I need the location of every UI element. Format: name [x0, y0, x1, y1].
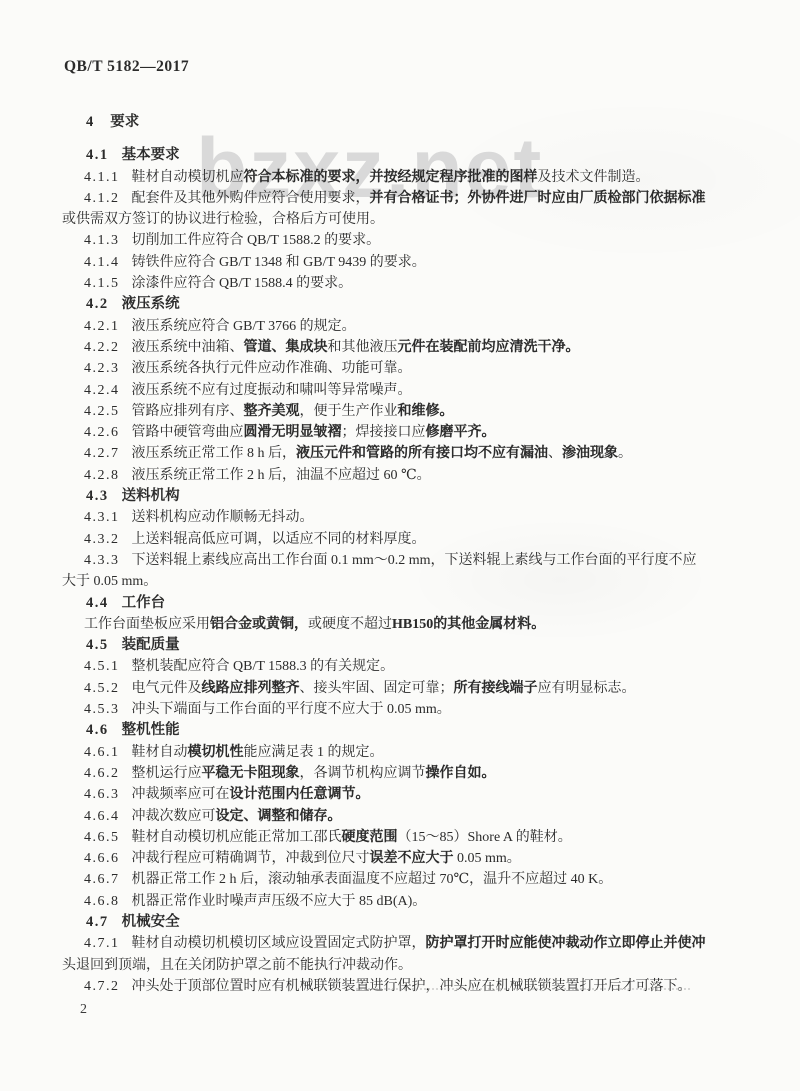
- heading-number: 4.3: [86, 488, 109, 504]
- clause-number: 4.2.1: [84, 319, 120, 334]
- clause-text: 涂漆件应符合 QB/T 1588.4 的要求。: [132, 276, 353, 291]
- clause-text: （15～85）Shore A 的鞋材。: [398, 830, 572, 845]
- clause-4.6.4: 4.6.4冲裁次数应可设定、调整和储存。: [62, 806, 744, 827]
- clause-4.2.3: 4.2.3液压系统各执行元件应动作准确、功能可靠。: [62, 358, 744, 379]
- clause-text: 头退回到顶端，且在关闭防护罩之前不能执行冲裁动作。: [62, 958, 412, 973]
- clause-text: 下送料辊上素线应高出工作台面 0.1 mm～0.2 mm，下送料辊上素线与工作台…: [132, 553, 697, 568]
- heading-title: 基本要求: [122, 147, 180, 163]
- clause-4.3.1: 4.3.1送料机构应动作顺畅无抖动。: [62, 507, 744, 528]
- clause-number: 4.6.6: [84, 851, 120, 866]
- heading-4.3: 4.3送料机构: [62, 486, 744, 507]
- clause-text: 和维修。: [398, 404, 454, 419]
- clause-4.5.2: 4.5.2电气元件及线路应排列整齐、接头牢固、固定可靠；所有接线端子应有明显标志…: [62, 678, 744, 699]
- clause-text: 鞋材自动模切机应能正常加工邵氏: [132, 830, 342, 845]
- clause-text: 液压元件和管路的所有接口均不应有: [296, 446, 520, 461]
- clause-text: 硬度范围: [342, 830, 398, 845]
- clause-text: 漏油: [520, 446, 548, 461]
- clause-number: 4.6.5: [84, 830, 120, 845]
- clause-4.7.1: 4.7.1鞋材自动模切机模切区域应设置固定式防护罩，防护罩打开时应能使冲裁动作立…: [62, 933, 744, 976]
- heading-title: 装配质量: [122, 637, 180, 653]
- clause-number: 4.1.1: [84, 170, 120, 185]
- clause-text: 液压系统各执行元件应动作准确、功能可靠。: [132, 361, 412, 376]
- clause-text: 和其他液压: [328, 340, 398, 355]
- clause-text: 铝合金或黄铜，: [210, 617, 308, 632]
- clause-text: 鞋材自动模切机应: [132, 170, 244, 185]
- clause-number: 4.3.3: [84, 553, 120, 568]
- clause-number: 4.6.7: [84, 872, 120, 887]
- clause-number: 4.3.2: [84, 532, 120, 547]
- clause-text: 0.05 mm。: [454, 851, 521, 866]
- clause-4.2.4: 4.2.4液压系统不应有过度振动和啸叫等异常噪声。: [62, 380, 744, 401]
- clause-text: 管路中硬管弯曲应: [132, 425, 244, 440]
- clause-text: 整齐美观: [244, 404, 300, 419]
- clause-text: 铸铁件应符合 GB/T 1348 和 GB/T 9439 的要求。: [132, 255, 426, 270]
- clause-text: 修磨平齐。: [426, 425, 496, 440]
- clause-text: 管路应排列有序、: [132, 404, 244, 419]
- clause-4.6.6: 4.6.6冲裁行程应可精确调节，冲裁到位尺寸误差不应大于 0.05 mm。: [62, 848, 744, 869]
- heading-number: 4.2: [86, 296, 109, 312]
- heading-title: 工作台: [122, 595, 166, 611]
- clause-4.1.1: 4.1.1鞋材自动模切机应符合本标准的要求，并按经规定程序批准的图样及技术文件制…: [62, 167, 744, 188]
- clause-text: 液压系统中油箱、: [132, 340, 244, 355]
- clause-4.1.5: 4.1.5涂漆件应符合 QB/T 1588.4 的要求。: [62, 273, 744, 294]
- heading-number: 4: [86, 114, 94, 130]
- standard-number-header: QB/T 5182—2017: [64, 58, 189, 76]
- clause-number: 4.1.4: [84, 255, 120, 270]
- heading-title: 液压系统: [122, 296, 180, 312]
- clause-text: 防护罩打开时应能使冲裁动作立即停止并使冲: [426, 936, 706, 951]
- clause-text: 管道、集成块: [244, 340, 328, 355]
- clause-4.2.7: 4.2.7液压系统正常工作 8 h 后，液压元件和管路的所有接口均不应有漏油、渗…: [62, 443, 744, 464]
- clause-text: 液压系统正常工作 2 h 后，油温不应超过 60 ℃。: [132, 468, 431, 483]
- clause-text: 冲裁次数应可: [132, 809, 216, 824]
- heading-title: 要求: [110, 114, 139, 130]
- clause-number: 4.6.2: [84, 766, 120, 781]
- clause-4.3.2: 4.3.2上送料辊高低应可调，以适应不同的材料厚度。: [62, 529, 744, 550]
- clause-text: 冲头处于顶部位置时应有机械联锁装置进行保护，冲头应在机械联锁装置打开后才可落下。: [132, 979, 692, 994]
- heading-title: 送料机构: [122, 488, 180, 504]
- clause-text: 误差不应大于: [370, 851, 454, 866]
- heading-number: 4.5: [86, 637, 109, 653]
- clause-4.7.2: 4.7.2冲头处于顶部位置时应有机械联锁装置进行保护，冲头应在机械联锁装置打开后…: [62, 976, 744, 997]
- clause-text: 整机装配应符合 QB/T 1588.3 的有关规定。: [132, 659, 395, 674]
- clause-text: 能应满足表 1 的规定。: [244, 745, 384, 760]
- clause-number: 4.5.3: [84, 702, 120, 717]
- clause-4.5.1: 4.5.1整机装配应符合 QB/T 1588.3 的有关规定。: [62, 656, 744, 677]
- clause-number: 4.1.3: [84, 233, 120, 248]
- clause-text: 大于 0.05 mm。: [62, 574, 157, 589]
- clause-text: 鞋材自动模切机模切区域应设置固定式防护罩，: [132, 936, 426, 951]
- heading-title: 整机性能: [122, 722, 180, 738]
- clause-text: 机器正常工作 2 h 后，滚动轴承表面温度不应超过 70℃，温升不应超过 40 …: [132, 872, 613, 887]
- clause-number: 4.1.5: [84, 276, 120, 291]
- clause-text: 电气元件及: [132, 681, 202, 696]
- clause-text: 平稳无卡阻现象: [202, 766, 300, 781]
- clause-number: 4.5.2: [84, 681, 120, 696]
- heading-4.1: 4.1基本要求: [62, 145, 744, 166]
- clause-text: 、: [548, 446, 562, 461]
- clause-4.1.2: 4.1.2配套件及其他外购件应符合使用要求，并有合格证书；外协件进厂时应由厂质检…: [62, 188, 744, 231]
- clause-text: HB150的其他金属材料。: [392, 617, 545, 632]
- clause-text: 液压系统应符合 GB/T 3766 的规定。: [132, 319, 356, 334]
- heading-title: 机械安全: [122, 914, 180, 930]
- clause-number: 4.2.3: [84, 361, 120, 376]
- clause-number: 4.2.8: [84, 468, 120, 483]
- heading-4.4: 4.4工作台: [62, 593, 744, 614]
- clause-text: 圆滑无明显皱褶: [244, 425, 342, 440]
- clause-number: 4.6.4: [84, 809, 120, 824]
- clause-text: 元件在装配前均应清洗干净。: [398, 340, 580, 355]
- clause-number: 4.3.1: [84, 510, 120, 525]
- clause-4.5.3: 4.5.3冲头下端面与工作台面的平行度不应大于 0.05 mm。: [62, 699, 744, 720]
- clause-4.2.2: 4.2.2液压系统中油箱、管道、集成块和其他液压元件在装配前均应清洗干净。: [62, 337, 744, 358]
- clause-text: ，便于生产作业: [300, 404, 398, 419]
- clause-number: 4.6.1: [84, 745, 120, 760]
- heading-number: 4.4: [86, 595, 109, 611]
- clause-4.6.1: 4.6.1鞋材自动模切机性能应满足表 1 的规定。: [62, 742, 744, 763]
- clause-text: 线路应排列整齐: [202, 681, 300, 696]
- clause-4.2.6: 4.2.6管路中硬管弯曲应圆滑无明显皱褶；焊接接口应修磨平齐。: [62, 422, 744, 443]
- clause-text: 应有明显标志。: [538, 681, 636, 696]
- clause-text: 并有合格证书；外协件进厂时应由厂质检部门依据标准: [370, 191, 706, 206]
- clause-number: 4.6.3: [84, 787, 120, 802]
- clause-text: ；焊接接口应: [342, 425, 426, 440]
- clause-number: 4.5.1: [84, 659, 120, 674]
- clause-text: 液压系统不应有过度振动和啸叫等异常噪声。: [132, 383, 412, 398]
- clause-text: 切削加工件应符合 QB/T 1588.2 的要求。: [132, 233, 381, 248]
- clause-number: 4.7.1: [84, 936, 120, 951]
- clause-text: 模切机性: [188, 745, 244, 760]
- clause-text: 配套件及其他外购件应符合使用要求，: [132, 191, 370, 206]
- scanned-document-page: bzxz.net QB/T 5182—2017 4要求4.1基本要求4.1.1鞋…: [0, 0, 800, 1091]
- clause-text: 设定、调整和储存。: [216, 809, 342, 824]
- heading-4.5: 4.5装配质量: [62, 635, 744, 656]
- clause-number: 4.2.2: [84, 340, 120, 355]
- clause-text: 液压系统正常工作 8 h 后，: [132, 446, 297, 461]
- scan-artifact: [356, 988, 690, 990]
- clause-4.6.2: 4.6.2整机运行应平稳无卡阻现象，各调节机构应调节操作自如。: [62, 763, 744, 784]
- clause-text: 送料机构应动作顺畅无抖动。: [132, 510, 314, 525]
- clause-text: 整机运行应: [132, 766, 202, 781]
- clause-4.6.3: 4.6.3冲裁频率应可在设计范围内任意调节。: [62, 784, 744, 805]
- heading-4.2: 4.2液压系统: [62, 294, 744, 315]
- clause-text: 或供需双方签订的协议进行检验，合格后方可使用。: [62, 212, 384, 227]
- paragraph: 工作台面垫板应采用铝合金或黄铜，或硬度不超过HB150的其他金属材料。: [62, 614, 744, 635]
- clause-number: 4.2.4: [84, 383, 120, 398]
- clause-text: 。: [618, 446, 632, 461]
- clause-text: 设计范围内任意调节。: [230, 787, 370, 802]
- clause-number: 4.2.7: [84, 446, 120, 461]
- clause-4.2.8: 4.2.8液压系统正常工作 2 h 后，油温不应超过 60 ℃。: [62, 465, 744, 486]
- clause-text: 或硬度不超过: [308, 617, 392, 632]
- heading-4.6: 4.6整机性能: [62, 720, 744, 741]
- clause-4.6.7: 4.6.7机器正常工作 2 h 后，滚动轴承表面温度不应超过 70℃，温升不应超…: [62, 869, 744, 890]
- clause-text: 鞋材自动: [132, 745, 188, 760]
- clause-text: 渗油现象: [562, 446, 618, 461]
- clause-text: 、接头牢固、固定可靠；: [300, 681, 454, 696]
- clause-4.1.3: 4.1.3切削加工件应符合 QB/T 1588.2 的要求。: [62, 230, 744, 251]
- clause-text: 冲头下端面与工作台面的平行度不应大于 0.05 mm。: [132, 702, 451, 717]
- clause-text: 操作自如。: [426, 766, 496, 781]
- heading-number: 4.1: [86, 147, 109, 163]
- clause-text: 冲裁频率应可在: [132, 787, 230, 802]
- clause-4.1.4: 4.1.4铸铁件应符合 GB/T 1348 和 GB/T 9439 的要求。: [62, 252, 744, 273]
- clause-text: 及技术文件制造。: [538, 170, 650, 185]
- clause-text: 符合本标准的要求，并按经规定程序批准的图样: [244, 170, 538, 185]
- clause-text: 所有接线端子: [454, 681, 538, 696]
- clause-4.2.5: 4.2.5管路应排列有序、整齐美观，便于生产作业和维修。: [62, 401, 744, 422]
- clause-number: 4.6.8: [84, 894, 120, 909]
- clause-text: 工作台面垫板应采用: [84, 617, 210, 632]
- clause-number: 4.2.6: [84, 425, 120, 440]
- heading-number: 4.7: [86, 914, 109, 930]
- heading-4: 4要求: [62, 112, 744, 133]
- heading-4.7: 4.7机械安全: [62, 912, 744, 933]
- page-number: 2: [80, 1002, 87, 1018]
- clause-text: ，各调节机构应调节: [300, 766, 426, 781]
- clause-4.2.1: 4.2.1液压系统应符合 GB/T 3766 的规定。: [62, 316, 744, 337]
- document-body: 4要求4.1基本要求4.1.1鞋材自动模切机应符合本标准的要求，并按经规定程序批…: [62, 104, 744, 997]
- clause-text: 上送料辊高低应可调，以适应不同的材料厚度。: [132, 532, 426, 547]
- clause-number: 4.7.2: [84, 979, 120, 994]
- heading-number: 4.6: [86, 722, 109, 738]
- clause-4.3.3: 4.3.3下送料辊上素线应高出工作台面 0.1 mm～0.2 mm，下送料辊上素…: [62, 550, 744, 593]
- clause-text: 机器正常作业时噪声声压级不应大于 85 dB(A)。: [132, 894, 427, 909]
- clause-number: 4.2.5: [84, 404, 120, 419]
- clause-number: 4.1.2: [84, 191, 120, 206]
- clause-text: 冲裁行程应可精确调节，冲裁到位尺寸: [132, 851, 370, 866]
- clause-4.6.8: 4.6.8机器正常作业时噪声声压级不应大于 85 dB(A)。: [62, 891, 744, 912]
- clause-4.6.5: 4.6.5鞋材自动模切机应能正常加工邵氏硬度范围（15～85）Shore A 的…: [62, 827, 744, 848]
